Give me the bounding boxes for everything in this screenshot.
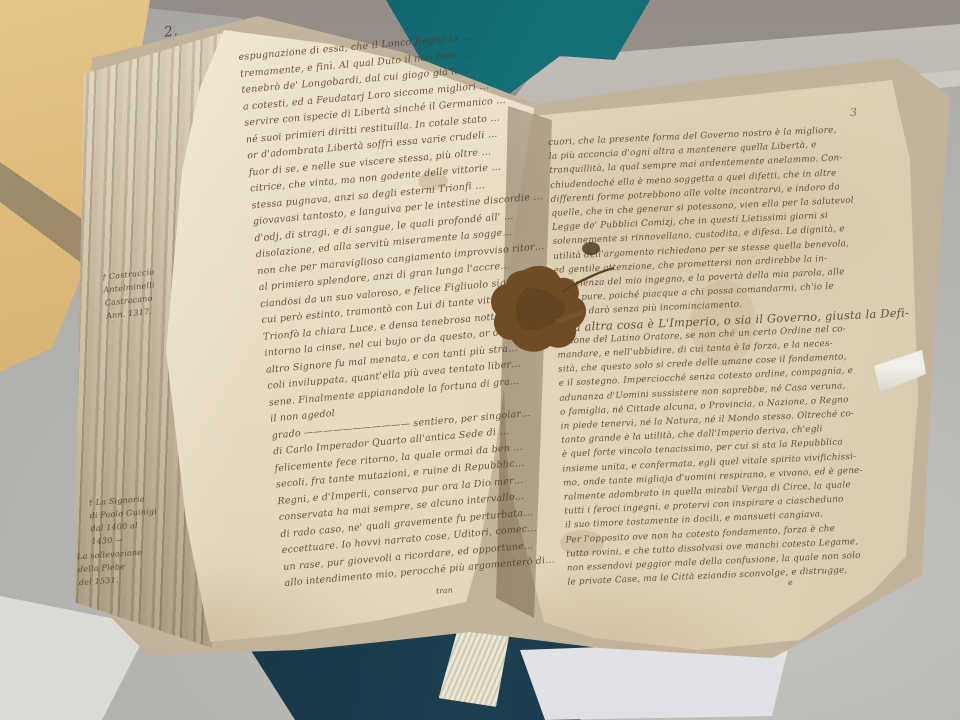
pressed-leaf: [466, 248, 636, 368]
right-page-catchword: e: [788, 578, 793, 587]
photo-of-open-manuscript: 2. espugnazione di essa, che il Lonco Re…: [0, 0, 960, 720]
right-page-number: 3: [850, 106, 858, 119]
left-page-catchword: tran: [436, 585, 453, 595]
margin-note-plebe: La sollevazionedella Plebedel 1531.: [77, 546, 145, 589]
margin-note-guinigi: † La Signoriadi Paolo Guinigidal 1400 al…: [88, 492, 159, 549]
margin-note-castruccio: † CastruccioAntelminelliCastracanoAnn. 1…: [101, 265, 159, 322]
left-page-number: 2.: [163, 23, 179, 41]
